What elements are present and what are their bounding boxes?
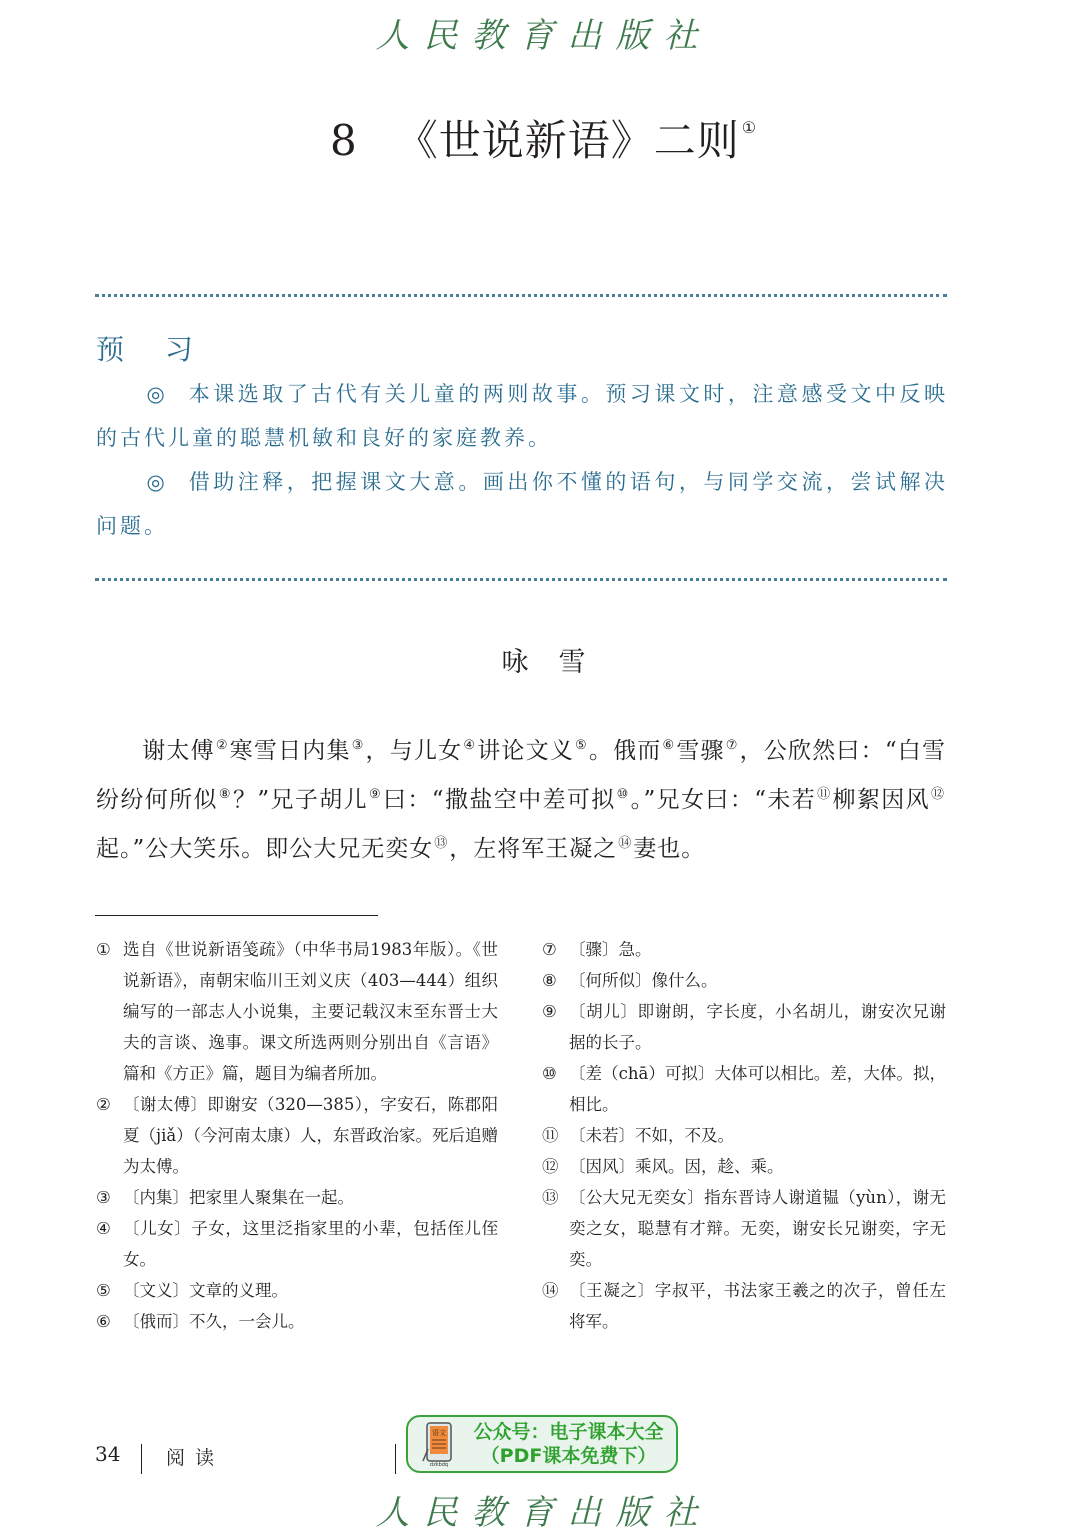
preview-item-2: ◎ 借助注释，把握课文大意。画出你不懂的语句，与同学交流，尝试解决问题。	[96, 460, 948, 548]
footnote: ⑭〔王凝之〕字叔平，书法家王羲之的次子，曾任左将军。	[542, 1275, 946, 1337]
dotted-divider-top	[95, 294, 947, 297]
section-title: 咏雪	[0, 640, 1087, 679]
footnote: ⑪〔未若〕不如，不及。	[542, 1120, 946, 1151]
ebook-phone-icon: 语文 dzkbdq	[422, 1421, 456, 1467]
lesson-number: 8	[330, 116, 358, 165]
bullet-icon: ◎	[146, 470, 168, 494]
dotted-divider-bottom	[95, 578, 947, 581]
footnote-ref: ①	[742, 118, 757, 137]
publisher-logo-bottom: 人民教育出版社	[0, 1485, 1087, 1534]
footnotes-left: ①选自《世说新语笺疏》（中华书局1983年版）。《世说新语》，南朝宋临川王刘义庆…	[96, 934, 498, 1337]
footer-divider-2	[395, 1444, 396, 1474]
section-label: 阅读	[166, 1443, 224, 1470]
footnote: ⑫〔因风〕乘风。因，趁、乘。	[542, 1151, 946, 1182]
publisher-logo-top: 人民教育出版社	[0, 8, 1087, 57]
lesson-title-text: 《世说新语》二则	[396, 116, 740, 165]
footer-divider	[141, 1444, 142, 1474]
page-number: 34	[95, 1442, 120, 1466]
footnote: ③〔内集〕把家里人聚集在一起。	[96, 1182, 498, 1213]
promo-badge[interactable]: 语文 dzkbdq 公众号：电子课本大全 （PDF课本免费下）	[406, 1415, 678, 1473]
footnote: ⑦〔骤〕急。	[542, 934, 946, 965]
footnote: ⑥〔俄而〕不久，一会儿。	[96, 1306, 498, 1337]
footnote: ⑤〔文义〕文章的义理。	[96, 1275, 498, 1306]
footnote: ⑩〔差（chā）可拟〕大体可以相比。差，大体。拟，相比。	[542, 1058, 946, 1120]
footnote-rule	[95, 915, 378, 916]
footnotes-right: ⑦〔骤〕急。 ⑧〔何所似〕像什么。 ⑨〔胡儿〕即谢朗，字长度，小名胡儿，谢安次兄…	[542, 934, 946, 1337]
footnote: ⑨〔胡儿〕即谢朗，字长度，小名胡儿，谢安次兄谢据的长子。	[542, 996, 946, 1058]
footnote: ④〔儿女〕子女，这里泛指家里的小辈，包括侄儿侄女。	[96, 1213, 498, 1275]
bullet-icon: ◎	[146, 382, 168, 406]
lesson-title: 8《世说新语》二则①	[0, 108, 1087, 168]
preview-heading: 预 习	[96, 328, 209, 368]
footnote: ⑬〔公大兄无奕女〕指东晋诗人谢道韫（yùn），谢无奕之女，聪慧有才辩。无奕，谢安…	[542, 1182, 946, 1275]
svg-text:语文: 语文	[432, 1428, 446, 1437]
main-text: 谢太傅②寒雪日内集③，与儿女④讲论文义⑤。俄而⑥雪骤⑦，公欣然曰：“白雪纷纷何所…	[96, 724, 946, 871]
footnote: ⑧〔何所似〕像什么。	[542, 965, 946, 996]
footnote: ②〔谢太傅〕即谢安（320—385），字安石，陈郡阳夏（jiǎ）（今河南太康）人…	[96, 1089, 498, 1182]
svg-text:dzkbdq: dzkbdq	[430, 1462, 448, 1467]
preview-item-1: ◎ 本课选取了古代有关儿童的两则故事。预习课文时，注意感受文中反映的古代儿童的聪…	[96, 372, 948, 460]
promo-text: 公众号：电子课本大全 （PDF课本免费下）	[466, 1420, 671, 1468]
footnote: ①选自《世说新语笺疏》（中华书局1983年版）。《世说新语》，南朝宋临川王刘义庆…	[96, 934, 498, 1089]
